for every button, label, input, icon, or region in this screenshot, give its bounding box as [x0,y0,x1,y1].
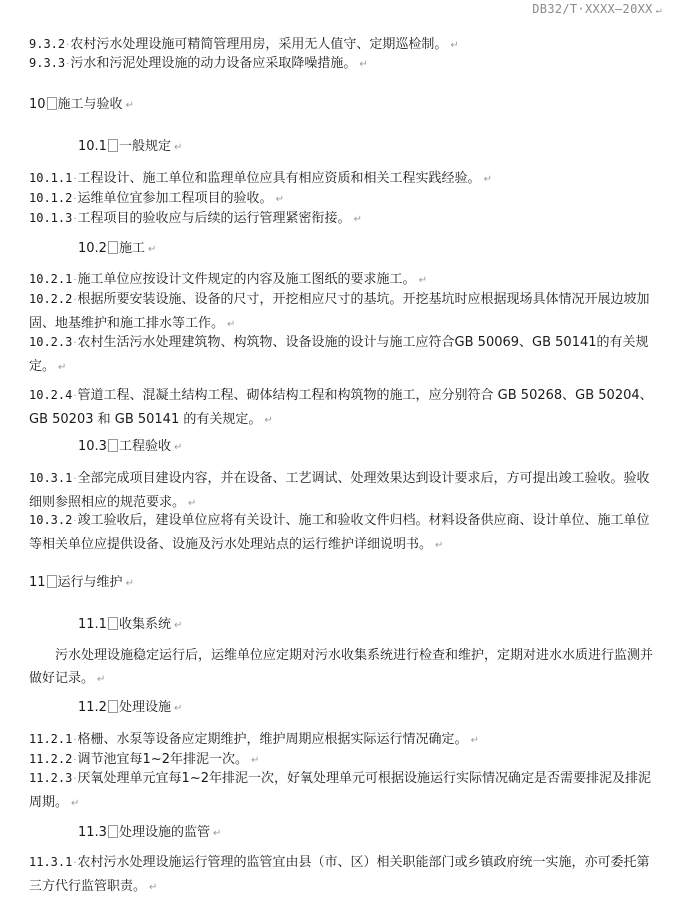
clause-10-1-1: 10.1.1·工程设计、施工单位和监理单位应具有相应资质和相关工程实践经验。↵ [29,170,492,188]
missing-glyph-box [108,825,118,838]
clause-text: 污水和污泥处理设施的动力设备应采取降噪措施。 [70,56,356,71]
clause-10-2-2: 10.2.2·根据所要安装设施、设备的尺寸，开挖相应尺寸的基坑。开挖基坑时应根据… [29,288,657,336]
clause-10-2-3: 10.2.3·农村生活污水处理建筑物、构筑物、设备设施的设计与施工应符合GB 5… [29,331,657,379]
section-heading-11-3: 11.3处理设施的监管↵ [78,824,221,842]
clause-10-3-2: 10.3.2·竣工验收后，建设单位应将有关设计、施工和验收文件归档。材料设备供应… [29,509,657,557]
missing-glyph-box [108,700,118,713]
clause-10-1-3: 10.1.3·工程项目的验收应与后续的运行管理紧密衔接。↵ [29,210,362,228]
clause-10-2-4: 10.2.4·管道工程、混凝土结构工程、砌体结构工程和构筑物的施工，应分别符合 … [29,384,657,432]
section-heading-10-1: 10.1一般规定↵ [78,138,182,156]
chapter-title: 施工与验收 [58,97,123,112]
clause-number: 9.3.3 [29,56,65,70]
section-heading-10-3: 10.3工程验收↵ [78,438,182,456]
chapter-heading-10: 10施工与验收↵ [29,96,134,114]
chapter-heading-11: 11运行与维护↵ [29,574,134,592]
chapter-number: 10 [29,97,46,112]
clause-11-3-1: 11.3.1·农村污水处理设施运行管理的监管宜由县（市、区）相关职能部门或乡镇政… [29,851,657,899]
clause-10-3-1: 10.3.1·全部完成项目建设内容，并在设备、工艺调试、处理效果达到设计要求后，… [29,467,657,515]
missing-glyph-box [108,617,118,630]
section-heading-10-2: 10.2施工↵ [78,240,156,258]
missing-glyph-box [108,439,118,452]
section-heading-11-1: 11.1收集系统↵ [78,616,182,634]
clause-10-2-1: 10.2.1·施工单位应按设计文件规定的内容及施工图纸的要求施工。↵ [29,271,427,289]
missing-glyph-box [47,575,57,588]
clause-9-3-2: 9.3.2·农村污水处理设施可精简管理用房，采用无人值守、定期巡检制。↵ [29,36,459,54]
section-heading-11-2: 11.2处理设施↵ [78,699,182,717]
clause-11-2-3: 11.2.3·厌氧处理单元宜每1~2年排泥一次，好氧处理单元可根据设施运行实际情… [29,767,657,815]
clause-10-1-2: 10.1.2·运维单位宜参加工程项目的验收。↵ [29,190,284,208]
missing-glyph-box [47,97,57,110]
missing-glyph-box [108,139,118,152]
clause-text: 农村污水处理设施可精简管理用房，采用无人值守、定期巡检制。 [70,37,447,52]
missing-glyph-box [108,241,118,254]
clause-11-2-1: 11.2.1·格栅、水泵等设备应定期维护，维护周期应根据实际运行情况确定。↵ [29,731,479,749]
clause-9-3-3: 9.3.3·污水和污泥处理设施的动力设备应采取降噪措施。↵ [29,55,368,73]
paragraph-11-1: 污水处理设施稳定运行后，运维单位应定期对污水收集系统进行检查和维护，定期对进水水… [29,644,657,691]
clause-number: 9.3.2 [29,37,65,51]
document-code-header: DB32/T·XXXX—20XX↵ [532,2,662,16]
